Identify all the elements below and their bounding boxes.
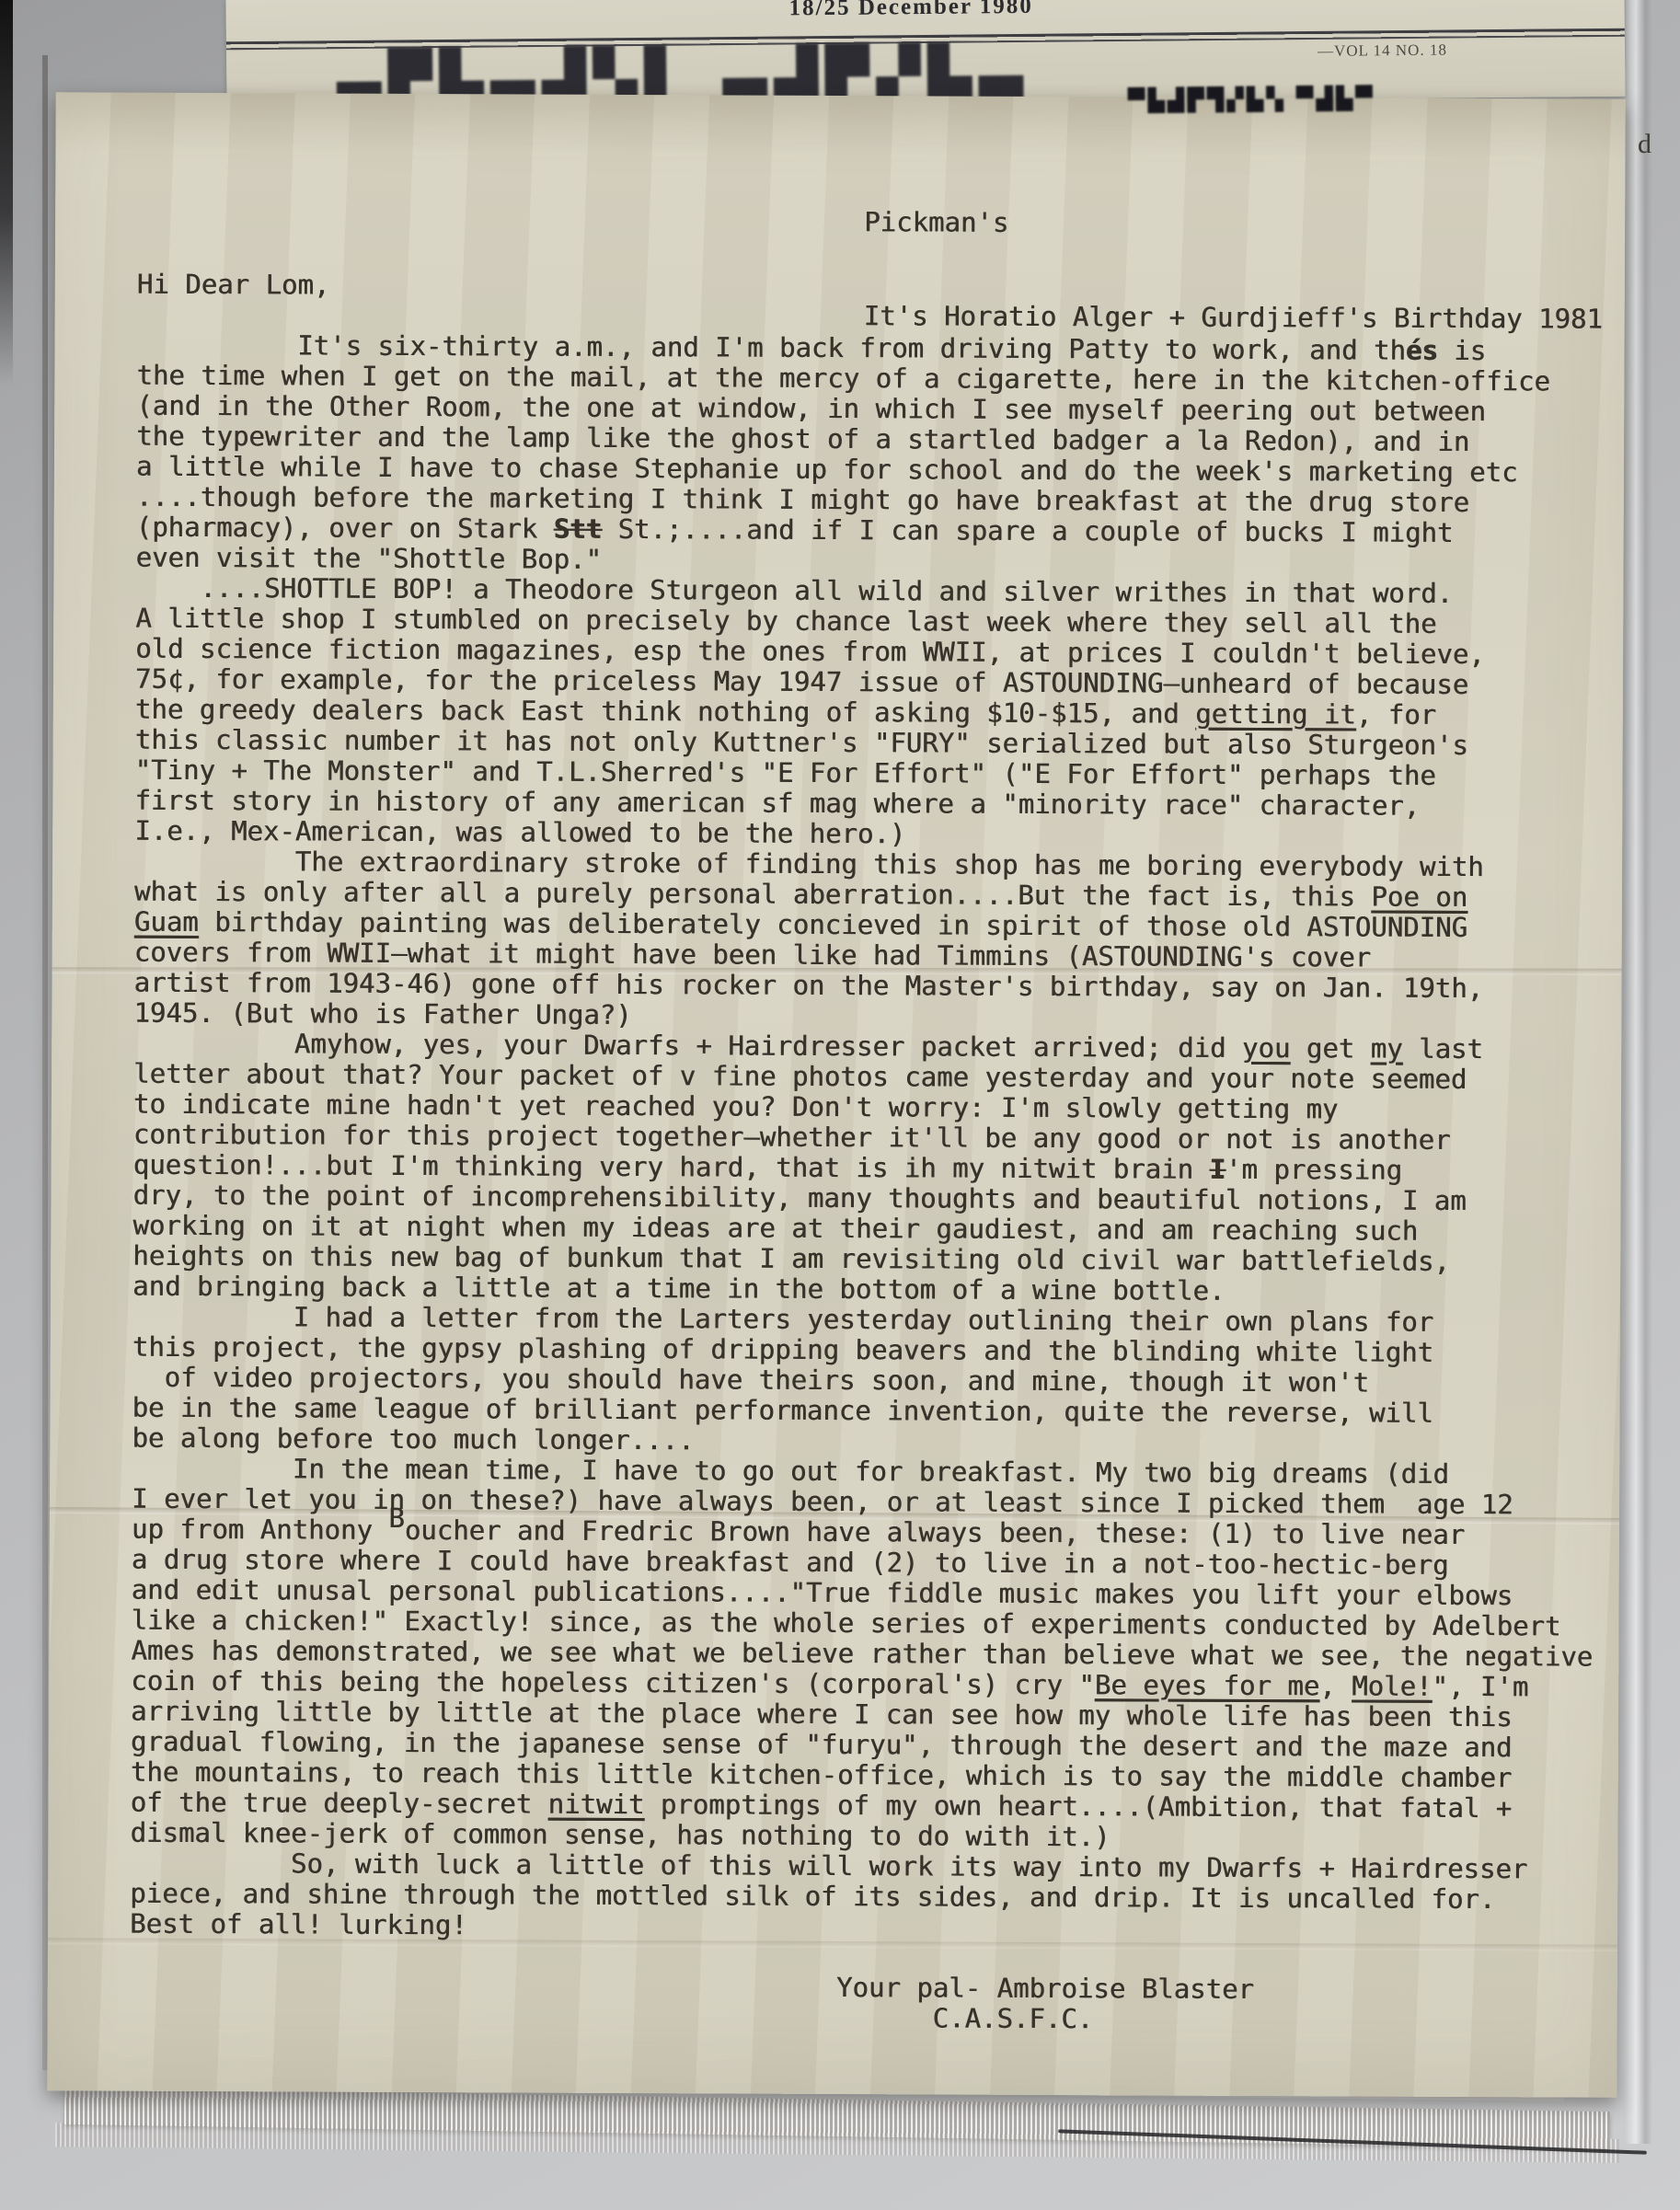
text-segment: és	[1406, 335, 1438, 366]
text-segment: last	[1402, 1033, 1482, 1065]
sleeve-left-dark-edge	[0, 0, 13, 386]
newspaper-date: 18/25 December 1980	[788, 0, 1033, 21]
text-segment: St.;....and if I can spare a couple of b…	[602, 513, 1453, 548]
text-segment: 1945. (But who is Father Unga?)	[133, 997, 631, 1030]
letter-paper: Pickman's It's Horatio Alger + Gurdjieff…	[47, 92, 1625, 2097]
ink-smudge-strip: ▀▙▟▛▜▞▙▚ ▀▟▙▀	[1128, 86, 1375, 114]
text-segment: be along before too much longer....	[132, 1422, 694, 1456]
newspaper-volume: —VOL 14 NO. 18	[1318, 41, 1447, 61]
text-segment: Be eyes for me	[1095, 1669, 1320, 1701]
text-segment: my	[1371, 1033, 1403, 1065]
sleeve-left-edge-line	[42, 55, 48, 2070]
text-segment: ", I'm	[1432, 1671, 1528, 1702]
text-segment: of the true deeply-secret	[131, 1787, 548, 1820]
text-segment: getting it	[1195, 698, 1356, 731]
text-segment: (pharmacy), over on Stark	[136, 512, 554, 545]
text-segment: Stt	[554, 513, 603, 545]
text-segment: even visit the "Shottle Bop."	[135, 542, 601, 575]
text-segment: is	[1438, 335, 1487, 366]
sleeve-right-fold-highlight	[1625, 0, 1652, 2144]
letter-heading-line: Pickman's	[864, 206, 1603, 241]
text-segment: promptings of my own heart....(Ambition,…	[644, 1789, 1512, 1824]
text-segment: 'm pressing	[1225, 1154, 1402, 1186]
text-segment: you	[1242, 1032, 1291, 1064]
letter-line: Best of all! lurking!	[130, 1909, 1592, 1946]
letter-line: C.A.S.F.C.	[130, 2000, 1592, 2037]
text-segment: nitwit	[548, 1789, 645, 1820]
text-segment: ,	[1319, 1670, 1352, 1701]
text-segment: I.e., Mex-American, was allowed to be th…	[134, 815, 905, 850]
text-segment: Best of all! lurking!	[130, 1908, 467, 1941]
text-segment: get	[1290, 1032, 1370, 1064]
text-segment: I	[1209, 1154, 1225, 1185]
text-segment: Guam	[134, 906, 199, 938]
text-segment: B	[388, 1502, 405, 1534]
text-segment: , for	[1356, 698, 1436, 730]
text-segment: Hi Dear Lom,	[137, 269, 330, 301]
text-segment: C.A.S.F.C.	[130, 1999, 1094, 2035]
photo-background: { "newspaper": { "date": "18/25 December…	[0, 0, 1680, 2210]
letter-body: Hi Dear Lom, It's six-thirty a.m., and I…	[130, 270, 1599, 2037]
text-segment: Mole!	[1352, 1670, 1432, 1701]
stray-letter-d: d	[1638, 129, 1651, 160]
text-segment: Poe on	[1371, 881, 1467, 913]
text-segment: up from Anthony	[132, 1514, 389, 1546]
